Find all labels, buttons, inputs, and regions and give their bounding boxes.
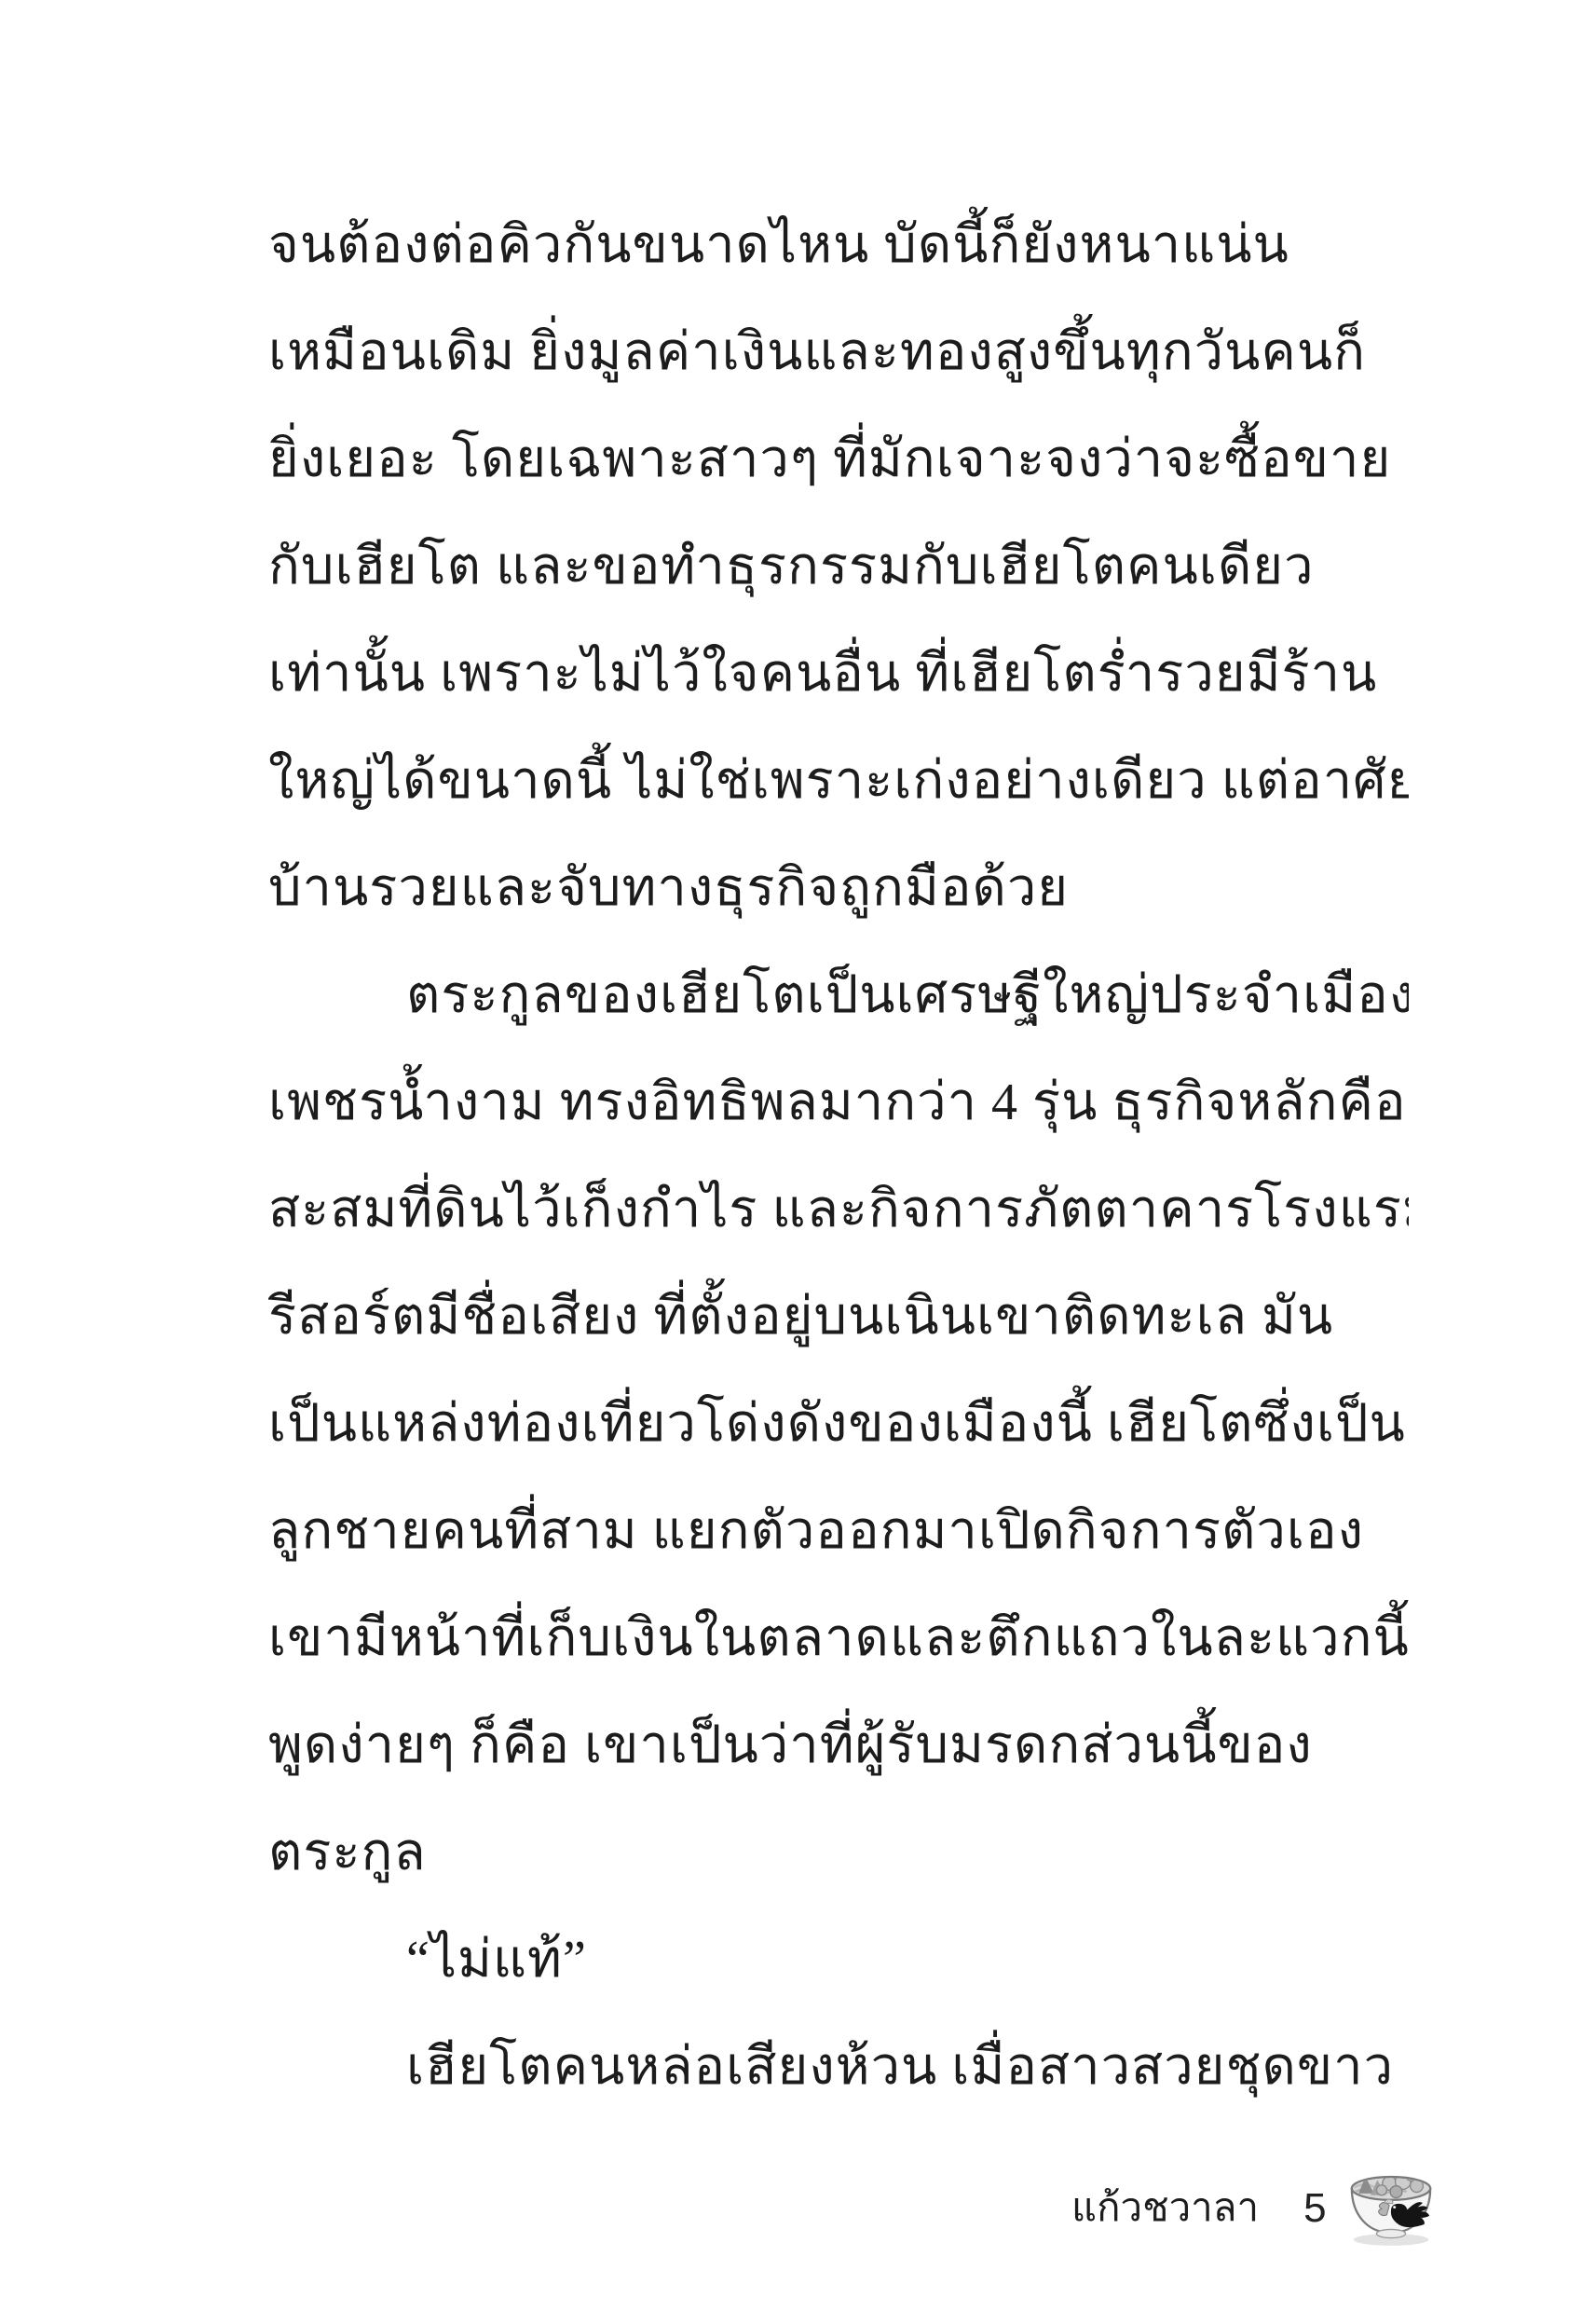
text-line: เท่านั้น เพราะไม่ไว้ใจคนอื่น ที่เฮียโตร่… [268, 621, 1409, 728]
book-title: แก้วชวาลา [1071, 2181, 1259, 2236]
page-number: 5 [1303, 2181, 1326, 2236]
text-line: ตระกูล [268, 1799, 1409, 1907]
book-page: { "main": { "lines": [ { "text": "จนต้อง… [0, 0, 1596, 2311]
text-line: สะสมที่ดินไว้เก็งกำไร และกิจการภัตตาคารโ… [268, 1156, 1409, 1264]
text-line: เขามีหน้าที่เก็บเงินในตลาดและตึกแถวในละแ… [268, 1585, 1409, 1692]
text-line: กับเฮียโต และขอทำธุรกรรมกับเฮียโตคนเดียว [268, 513, 1409, 621]
text-line-paragraph-start: ตระกูลของเฮียโตเป็นเศรษฐีใหญ่ประจำเมือง [268, 942, 1409, 1049]
text-line: รีสอร์ตมีชื่อเสียง ที่ตั้งอยู่บนเนินเขาต… [268, 1264, 1409, 1371]
text-line: จนต้องต่อคิวกันขนาดไหน บัดนี้ก็ยังหนาแน่… [268, 192, 1409, 299]
text-line-paragraph-start: เฮียโตคนหล่อเสียงห้วน เมื่อสาวสวยชุดขาว [268, 2014, 1409, 2121]
rooster-noodle-bowl-icon [1340, 2154, 1442, 2251]
text-line: พูดง่ายๆ ก็คือ เขาเป็นว่าที่ผู้รับมรดกส่… [268, 1692, 1409, 1799]
text-line: ใหญ่ได้ขนาดนี้ ไม่ใช่เพราะเก่งอย่างเดียว… [268, 728, 1409, 835]
text-line: บ้านรวยและจับทางธุรกิจถูกมือด้วย [268, 835, 1409, 942]
text-line: เพชรน้ำงาม ทรงอิทธิพลมากว่า 4 รุ่น ธุรกิ… [268, 1049, 1409, 1156]
text-line: ลูกชายคนที่สาม แยกตัวออกมาเปิดกิจการตัวเ… [268, 1478, 1409, 1585]
text-line: ยิ่งเยอะ โดยเฉพาะสาวๆ ที่มักเจาะจงว่าจะซ… [268, 406, 1409, 513]
text-line-dialogue: “ไม่แท้” [268, 1907, 1409, 2014]
text-line: เป็นแหล่งท่องเที่ยวโด่งดังของเมืองนี้ เฮ… [268, 1371, 1409, 1478]
page-footer: แก้วชวาลา 5 [1071, 2181, 1327, 2236]
body-text: จนต้องต่อคิวกันขนาดไหน บัดนี้ก็ยังหนาแน่… [268, 192, 1409, 2121]
text-line: เหมือนเดิม ยิ่งมูลค่าเงินและทองสูงขึ้นทุ… [268, 299, 1409, 406]
